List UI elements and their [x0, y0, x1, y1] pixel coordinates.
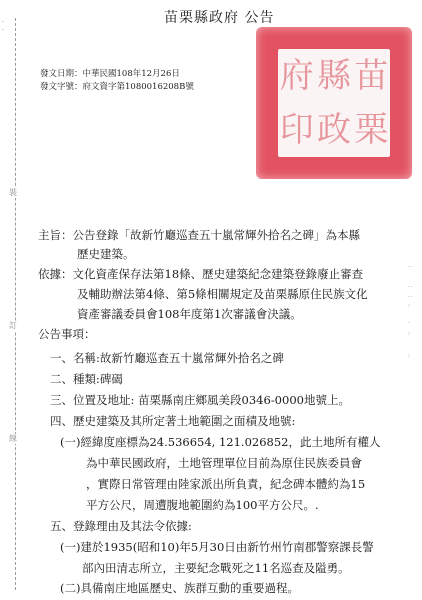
tick-mark: -: [2, 18, 4, 25]
binding-mark-ding: 訂: [9, 321, 17, 331]
scan-artifact: ..: [408, 292, 414, 299]
issue-date: 發文日期：中華民國108年12月26日: [40, 67, 180, 79]
item-reason-sub2-line1: (二)具備南庄地區歷史、族群互動的重要過程。: [60, 578, 299, 598]
item-type: 二、種類:碑碣: [50, 369, 123, 389]
item-reason-sub1-line2: 部內田清志所立，主要紀念戰死之11名巡查及隘勇。: [82, 558, 350, 578]
tick-mark: -: [2, 26, 4, 33]
binding-line: [15, 18, 16, 590]
basis-line-1: 依據：文化資產保存法第18條、歷史建築紀念建築登錄廢止審查: [38, 264, 363, 284]
item-area-sub1-line1: (一)經緯度座標為24.536654, 121.026852，此土地所有權人: [60, 432, 380, 452]
item-area-heading: 四、歷史建築及其所定著土地範圍之面積及地號:: [50, 411, 295, 431]
item-reason-heading: 五、登錄理由及其法令依據:: [50, 516, 192, 536]
scan-artifact: ..: [408, 262, 414, 269]
subject-line-1: 主旨：公告登錄「故新竹廳巡查五十嵐常輝外拾名之碑」為本縣: [38, 225, 360, 245]
binding-mark-xian: 線: [9, 434, 17, 444]
scan-artifact: :: [408, 330, 411, 337]
item-name: 一、名稱:故新竹廳巡查五十嵐常輝外拾名之碑: [50, 348, 284, 368]
item-location: 三、位置及地址: 苗栗縣南庄鄉風美段0346-0000地號上。: [50, 390, 350, 410]
items-heading: 公告事項：: [38, 324, 96, 344]
document-title: 苗栗縣政府 公告: [164, 7, 274, 27]
scan-artifact: :: [408, 352, 411, 359]
item-reason-sub1-line1: (一)建於1935(昭和10)年5月30日由新竹州竹南郡警察課長警: [60, 537, 374, 557]
issue-number: 發文字號：府文資字第1080016208B號: [40, 80, 194, 92]
scan-artifact: ..: [408, 282, 414, 289]
seal-char: 印: [278, 103, 315, 157]
basis-line-3: 資產審議委員會108年度第1次審議會決議。: [77, 304, 302, 324]
binding-mark-zhuang: 裝: [9, 188, 17, 198]
seal-char: 栗: [353, 103, 390, 157]
seal-char: 苗: [353, 49, 390, 103]
seal-char: 縣: [315, 49, 352, 103]
seal-char: 府: [278, 49, 315, 103]
seal-inner: 苗 縣 府 栗 政 印: [278, 49, 390, 157]
item-area-sub1-line2: 為中華民國政府，土地管理單位目前為原住民族委員會: [86, 453, 362, 473]
scan-artifact: .: [408, 318, 411, 325]
basis-line-2: 及輔助辦法第4條、第5條相關規定及苗栗縣原住民族文化: [77, 284, 368, 304]
official-seal: 苗 縣 府 栗 政 印: [256, 27, 412, 179]
seal-char: 政: [315, 103, 352, 157]
scan-artifact: :: [408, 302, 411, 309]
item-area-sub1-line3: ，實際日常管理由陸家派出所負責，紀念碑本體約為15: [86, 474, 365, 494]
item-area-sub1-line4: 平方公尺，周遭腹地範圍約為100平方公尺。.: [86, 495, 319, 515]
subject-line-2: 歷史建築。: [77, 244, 135, 264]
